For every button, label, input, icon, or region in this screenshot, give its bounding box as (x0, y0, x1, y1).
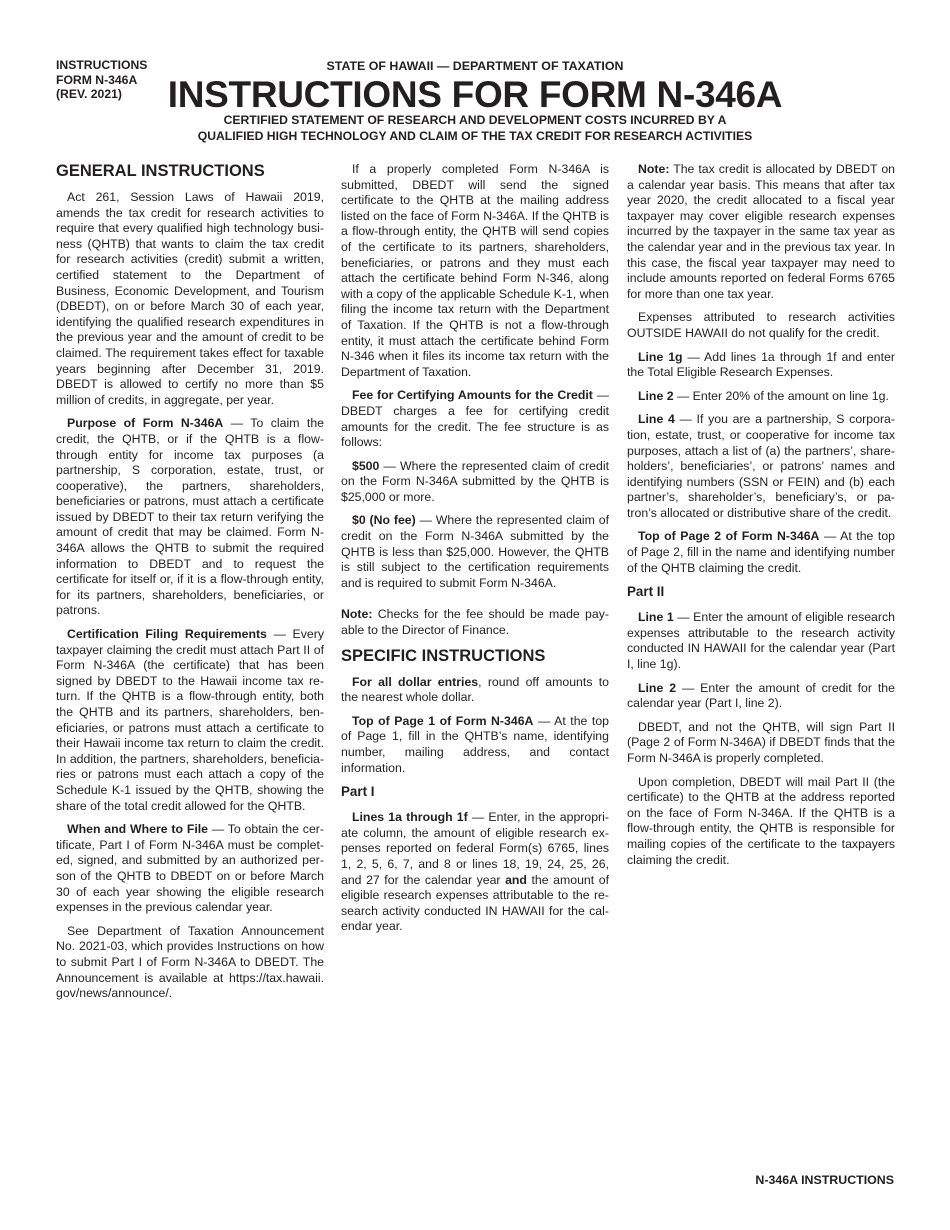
dollar-paragraph: For all dollar entries, round off amount… (341, 675, 609, 706)
allocation-note-label: Note: (638, 162, 669, 176)
line-2-text: — Enter 20% of the amount on line 1g. (674, 389, 889, 403)
purpose-paragraph: Purpose of Form N-346A — To claim the cr… (56, 416, 324, 619)
checks-note-text: Checks for the fee should be made pay­ab… (341, 607, 609, 637)
p2-line-1-label: Line 1 (638, 610, 674, 624)
fee-label: Fee for Certifying Amounts for the Credi… (352, 388, 593, 402)
line-4-paragraph: Line 4 — If you are a partnership, S cor… (627, 412, 895, 521)
page-title: INSTRUCTIONS FOR FORM N-346A (0, 74, 950, 116)
purpose-label: Purpose of Form N-346A (67, 416, 223, 430)
subtitle-line: CERTIFIED STATEMENT OF RESEARCH AND DEVE… (0, 113, 950, 129)
top-page2-label: Top of Page 2 of Form N-346A (638, 529, 819, 543)
specific-instructions-heading: SPECIFIC INSTRUCTIONS (341, 647, 609, 665)
lines-1a-1f-and: and (505, 873, 527, 887)
line-1g-paragraph: Line 1g — Add lines 1a through 1f and en… (627, 350, 895, 381)
column-2: If a properly completed Form N-346A is s… (341, 162, 609, 943)
when-where-paragraph: When and Where to File — To obtain the c… (56, 822, 324, 916)
cert-filing-paragraph: Certification Filing Requirements — Ever… (56, 627, 324, 814)
allocation-note-paragraph: Note: The tax credit is allocated by DBE… (627, 162, 895, 302)
intro-paragraph: Act 261, Session Laws of Hawaii 2019, am… (56, 190, 324, 408)
cert-filing-label: Certification Filing Requirements (67, 627, 267, 641)
page-footer: N-346A INSTRUCTIONS (755, 1173, 894, 1187)
purpose-text: — To claim the credit, the QHTB, or if t… (56, 416, 324, 617)
agency-line: STATE OF HAWAII — DEPARTMENT OF TAXATION (0, 59, 950, 73)
line-2-paragraph: Line 2 — Enter 20% of the amount on line… (627, 389, 895, 405)
fee-500-paragraph: $500 — Where the represented claim of cr… (341, 459, 609, 506)
lines-1a-1f-label: Lines 1a through 1f (352, 810, 468, 824)
top-page1-paragraph: Top of Page 1 of Form N-346A — At the to… (341, 714, 609, 776)
subtitle-line: QUALIFIED HIGH TECHNOLOGY AND CLAIM OF T… (0, 129, 950, 145)
announcement-paragraph: See Department of Taxation Announcement … (56, 924, 324, 1002)
top-page1-label: Top of Page 1 of Form N-346A (352, 714, 533, 728)
column-3-content: Note: The tax credit is allocated by DBE… (627, 162, 895, 876)
line-4-text: — If you are a partnership, S corpora­ti… (627, 412, 895, 520)
column-1: GENERAL INSTRUCTIONS Act 261, Session La… (56, 162, 324, 1010)
when-where-label: When and Where to File (67, 822, 208, 836)
completed-paragraph: If a properly completed Form N-346A is s… (341, 162, 609, 380)
page-subtitle: CERTIFIED STATEMENT OF RESEARCH AND DEVE… (0, 113, 950, 144)
p2-line-2-paragraph: Line 2 — Enter the amount of credit for … (627, 681, 895, 712)
outside-hawaii-paragraph: Expenses attributed to research activiti… (627, 310, 895, 341)
cert-filing-text: — Every taxpayer claiming the credit mus… (56, 627, 324, 813)
line-1g-label: Line 1g (638, 350, 683, 364)
part1-heading: Part I (341, 784, 609, 800)
dbedt-sign-paragraph: DBEDT, and not the QHTB, will sign Part … (627, 720, 895, 767)
fee-0-paragraph: $0 (No fee) — Where the represented clai… (341, 513, 609, 591)
checks-note-paragraph: Note: Checks for the fee should be made … (341, 607, 609, 638)
dollar-label: For all dollar entries (352, 675, 478, 689)
lines-1a-1f-paragraph: Lines 1a through 1f — Enter, in the appr… (341, 810, 609, 935)
p2-line-1-paragraph: Line 1 — Enter the amount of eligible re… (627, 610, 895, 672)
top-page2-paragraph: Top of Page 2 of Form N-346A — At the to… (627, 529, 895, 576)
line-2-label: Line 2 (638, 389, 674, 403)
checks-note-label: Note: (341, 607, 372, 621)
allocation-note-text: The tax credit is allocated by DBEDT on … (627, 162, 895, 301)
fee-500-label: $500 (352, 459, 379, 473)
fee-paragraph: Fee for Certifying Amounts for the Credi… (341, 388, 609, 450)
p2-line-2-label: Line 2 (638, 681, 676, 695)
completion-paragraph: Upon completion, DBEDT will mail Part II… (627, 775, 895, 869)
line-4-label: Line 4 (638, 412, 675, 426)
general-instructions-heading: GENERAL INSTRUCTIONS (56, 162, 324, 180)
fee-0-label: $0 (No fee) (352, 513, 416, 527)
part2-heading: Part II (627, 584, 895, 600)
fee-500-text: — Where the represented claim of credit … (341, 459, 609, 504)
